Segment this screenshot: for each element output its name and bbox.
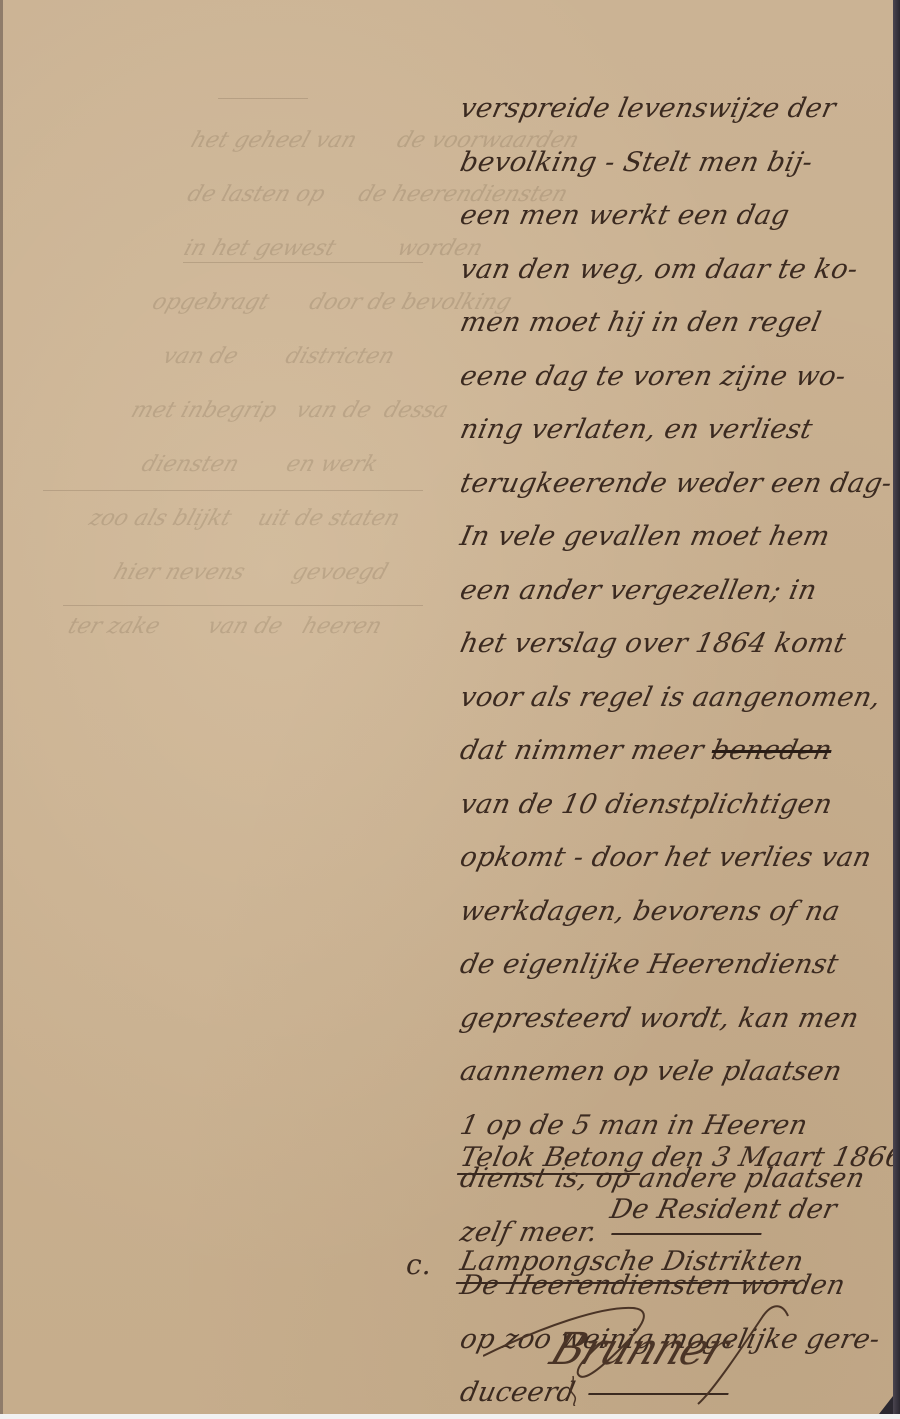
body-line-5: men moet hij in den regel (455, 296, 900, 350)
body-line-16: werkdagen, bevorens of na (455, 885, 900, 939)
body-line-19: aannemen op vele plaatsen (455, 1045, 900, 1099)
body-line-3: een men werkt een dag (455, 189, 900, 243)
body-line-13: dat nimmer meer beneden (455, 724, 900, 778)
body-line-10: een ander vergezellen; in (455, 564, 900, 618)
date-month-year: Maart 1866 (736, 1142, 900, 1173)
bleed-rule (183, 262, 423, 263)
signature: Brunner (483, 1296, 833, 1406)
torn-corner (879, 1396, 893, 1414)
body-line-1: verspreide levenswijze der (455, 82, 900, 136)
bleed-rule (218, 98, 308, 99)
bleed-rule (63, 605, 423, 606)
body-line-2: bevolking - Stelt men bij- (455, 136, 900, 190)
enclosure-mark: c. (406, 1248, 431, 1281)
body-line-7: ning verlaten, en verliest (455, 403, 900, 457)
bleed-rule (43, 490, 423, 491)
scan-bottom-border (0, 1414, 900, 1419)
body-line-15: opkomt - door het verlies van (455, 831, 900, 885)
place-name: Telok Betong (457, 1142, 647, 1175)
body-line-9: In vele gevallen moet hem (455, 510, 900, 564)
district-name: Lampongsche Distrikten (456, 1242, 807, 1284)
body-line-13-text: dat nimmer meer (457, 735, 706, 766)
body-line-18: gepresteerd wordt, kan men (455, 992, 900, 1046)
body-line-8: terugkeerende weder een dag- (455, 457, 900, 511)
body-line-12: voor als regel is aangenomen, (455, 671, 900, 725)
date-day: 3 (710, 1142, 734, 1173)
body-line-11: het verslag over 1864 komt (455, 617, 900, 671)
signature-text: Brunner (544, 1324, 734, 1375)
body-line-17: de eigenlijke Heerendienst (455, 938, 900, 992)
body-line-14: van de 10 dienstplichtigen (455, 778, 900, 832)
scan-right-border (893, 0, 900, 1419)
place-date-line: Telok Betong den 3 Maart 1866 (455, 1132, 900, 1184)
struck-word: beneden (709, 735, 835, 766)
date-prefix: den (649, 1142, 707, 1173)
resident-title: De Resident der (455, 1184, 900, 1236)
letter-closing: Telok Betong den 3 Maart 1866 De Residen… (455, 1132, 895, 1288)
document-page: het geheel van de voorwaarden de lasten … (0, 0, 896, 1414)
district-line: Lampongsche Distrikten (455, 1236, 900, 1288)
body-line-4: van den weg, om daar te ko- (455, 243, 900, 297)
body-line-6: eene dag te voren zijne wo- (455, 350, 900, 404)
